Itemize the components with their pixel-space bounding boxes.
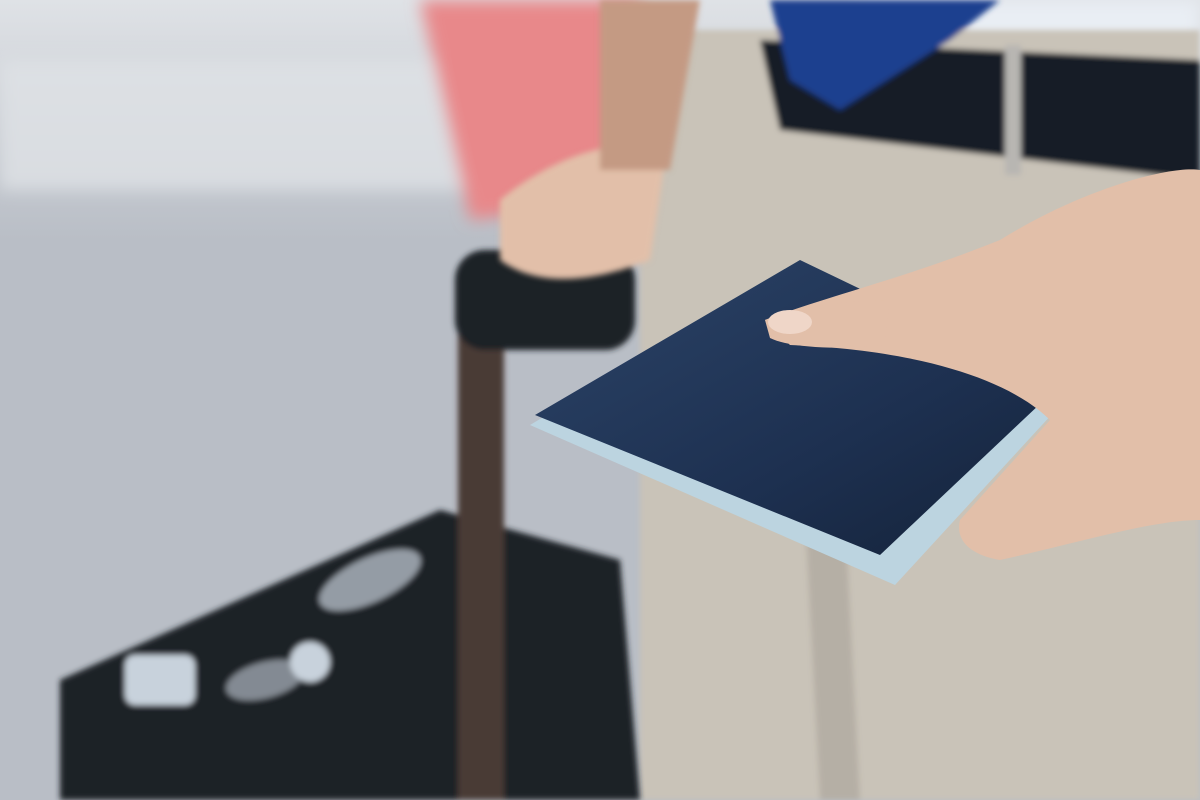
- belt-loop: [1005, 45, 1021, 175]
- background-light-band: [0, 60, 470, 190]
- photo-scene: blurred grey pavement blurred red object…: [0, 0, 1200, 800]
- photo: blurred grey pavement blurred red object…: [0, 0, 1200, 800]
- suitcase-handle: extended telescopic handle: [458, 330, 504, 800]
- suitcase-latch: [125, 655, 195, 705]
- thumbnail: [768, 310, 812, 334]
